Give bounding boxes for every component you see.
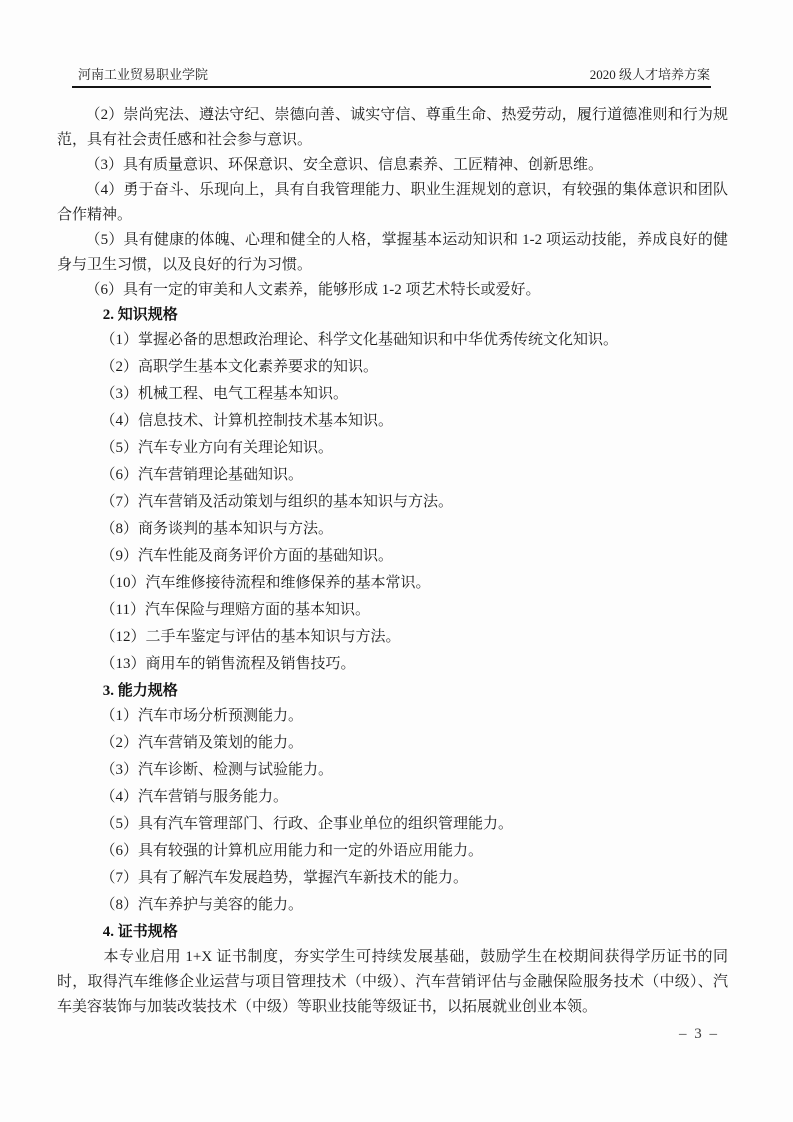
knowledge-item: （3）机械工程、电气工程基本知识。 (57, 382, 728, 407)
knowledge-item: （4）信息技术、计算机控制技术基本知识。 (57, 409, 728, 434)
ability-item: （1）汽车市场分析预测能力。 (57, 704, 728, 729)
ability-item: （3）汽车诊断、检测与试验能力。 (57, 758, 728, 783)
knowledge-item: （9）汽车性能及商务评价方面的基础知识。 (57, 544, 728, 569)
intro-paragraph: （6）具有一定的审美和人文素养，能够形成 1-2 项艺术特长或爱好。 (57, 278, 728, 303)
ability-item: （2）汽车营销及策划的能力。 (57, 731, 728, 756)
intro-paragraph: （3）具有质量意识、环保意识、安全意识、信息素养、工匠精神、创新思维。 (57, 153, 728, 178)
page-header: 河南工业贸易职业学院 2020 级人才培养方案 (72, 66, 711, 88)
header-school-name: 河南工业贸易职业学院 (78, 66, 208, 83)
intro-paragraph: （2）崇尚宪法、遵法守纪、崇德向善、诚实守信、尊重生命、热爱劳动，履行道德准则和… (57, 103, 728, 153)
knowledge-item: （7）汽车营销及活动策划与组织的基本知识与方法。 (57, 490, 728, 515)
knowledge-item: （8）商务谈判的基本知识与方法。 (57, 517, 728, 542)
ability-item: （4）汽车营销与服务能力。 (57, 785, 728, 810)
section-heading-knowledge: 2. 知识规格 (57, 303, 728, 328)
certificate-paragraph: 本专业启用 1+X 证书制度，夯实学生可持续发展基础，鼓励学生在校期间获得学历证… (57, 945, 728, 1020)
knowledge-item: （12）二手车鉴定与评估的基本知识与方法。 (57, 625, 728, 650)
knowledge-item: （11）汽车保险与理赔方面的基本知识。 (57, 598, 728, 623)
header-program-title: 2020 级人才培养方案 (590, 66, 710, 83)
document-body: （2）崇尚宪法、遵法守纪、崇德向善、诚实守信、尊重生命、热爱劳动，履行道德准则和… (57, 103, 728, 1020)
intro-paragraph: （5）具有健康的体魄、心理和健全的人格，掌握基本运动知识和 1-2 项运动技能，… (57, 228, 728, 278)
knowledge-item: （13）商用车的销售流程及销售技巧。 (57, 652, 728, 677)
knowledge-item: （5）汽车专业方向有关理论知识。 (57, 436, 728, 461)
knowledge-item: （10）汽车维修接待流程和维修保养的基本常识。 (57, 571, 728, 596)
section-heading-certificate: 4. 证书规格 (57, 920, 728, 945)
knowledge-item: （2）高职学生基本文化素养要求的知识。 (57, 355, 728, 380)
intro-paragraph: （4）勇于奋斗、乐现向上，具有自我管理能力、职业生涯规划的意识，有较强的集体意识… (57, 178, 728, 228)
document-page: { "header": { "school": "河南工业贸易职业学院", "p… (0, 0, 793, 1122)
ability-item: （5）具有汽车管理部门、行政、企事业单位的组织管理能力。 (57, 812, 728, 837)
ability-item: （6）具有较强的计算机应用能力和一定的外语应用能力。 (57, 839, 728, 864)
page-number: – 3 – (679, 1026, 719, 1043)
knowledge-item: （6）汽车营销理论基础知识。 (57, 463, 728, 488)
ability-item: （8）汽车养护与美容的能力。 (57, 893, 728, 918)
section-heading-ability: 3. 能力规格 (57, 679, 728, 704)
ability-item: （7）具有了解汽车发展趋势，掌握汽车新技术的能力。 (57, 866, 728, 891)
knowledge-item: （1）掌握必备的思想政治理论、科学文化基础知识和中华优秀传统文化知识。 (57, 328, 728, 353)
